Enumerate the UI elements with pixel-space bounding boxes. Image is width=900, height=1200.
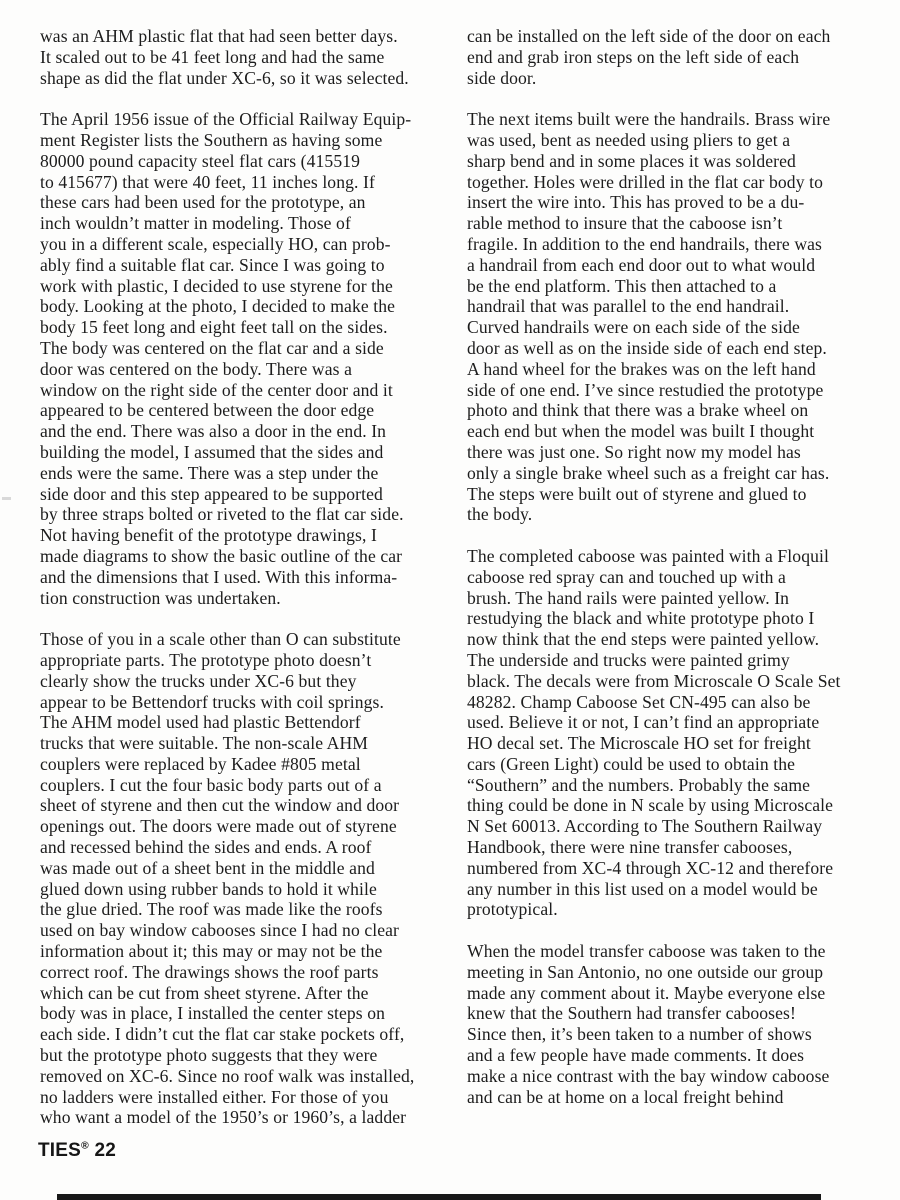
article-paragraph: was an AHM plastic flat that had seen be…: [40, 26, 468, 88]
article-column-right: can be installed on the left side of the…: [467, 26, 895, 1107]
magazine-title: TIES: [38, 1140, 81, 1161]
page-number: 22: [94, 1140, 116, 1161]
magazine-page: was an AHM plastic flat that had seen be…: [0, 0, 900, 1200]
scan-artifact-mark: [2, 497, 11, 500]
page-footer: TIES® 22: [38, 1140, 116, 1162]
registered-trademark-symbol: ®: [81, 1140, 89, 1152]
article-column-left: was an AHM plastic flat that had seen be…: [40, 26, 468, 1128]
article-paragraph: When the model transfer caboose was take…: [467, 941, 895, 1107]
article-paragraph: can be installed on the left side of the…: [467, 26, 895, 88]
article-paragraph: Those of you in a scale other than O can…: [40, 629, 468, 1128]
article-paragraph: The April 1956 issue of the Official Rai…: [40, 109, 468, 608]
article-paragraph: The next items built were the handrails.…: [467, 109, 895, 525]
bottom-scan-bar: [57, 1194, 821, 1200]
article-paragraph: The completed caboose was painted with a…: [467, 546, 895, 920]
